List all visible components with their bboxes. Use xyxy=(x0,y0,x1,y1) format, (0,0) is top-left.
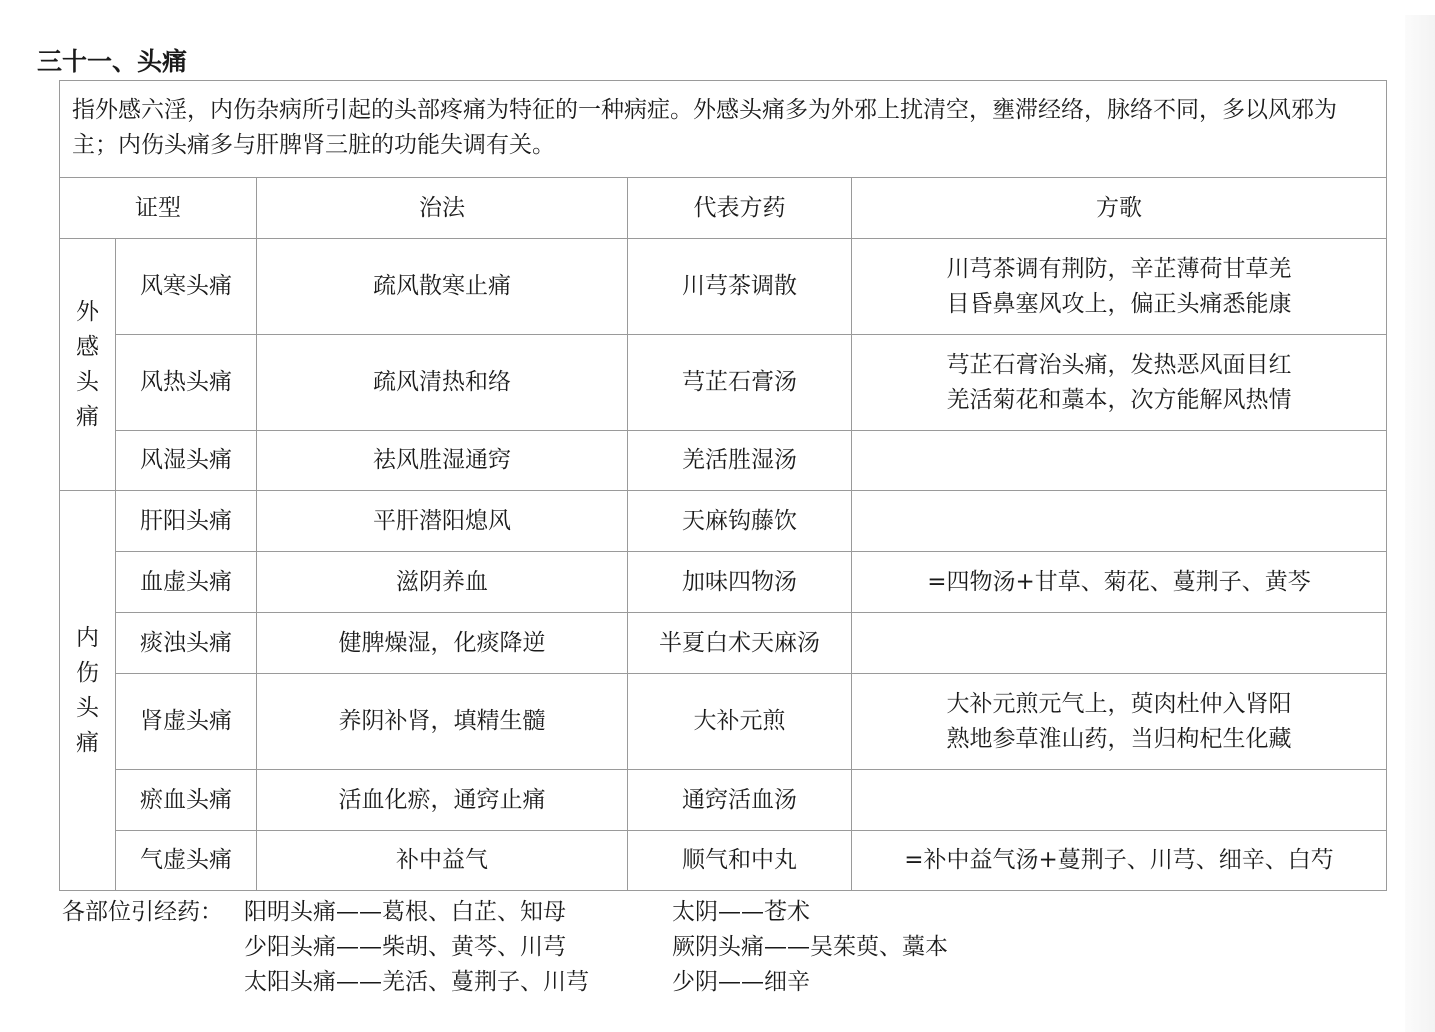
intro-row: 指外感六淫，内伤杂病所引起的头部疼痛为特征的一种病症。外感头痛多为外邪上扰清空，… xyxy=(60,81,1387,178)
table-row: 瘀血头痛 活血化瘀，通窍止痛 通窍活血汤 xyxy=(60,770,1387,831)
formula-song: 大补元煎元气上，萸肉杜仲入肾阳 熟地参草淮山药，当归枸杞生化藏 xyxy=(852,674,1387,770)
formula: 羌活胜湿汤 xyxy=(628,431,852,491)
group-name: 外感头痛 xyxy=(75,295,101,435)
formula: 半夏白术天麻汤 xyxy=(628,613,852,674)
song-line: 熟地参草淮山药，当归枸杞生化藏 xyxy=(852,722,1386,757)
formula-song: 芎芷石膏治头痛，发热恶风面目红 羌活菊花和藁本，次方能解风热情 xyxy=(852,335,1387,431)
treatment-method: 疏风散寒止痛 xyxy=(257,239,628,335)
footnote-label: 各部位引经药： xyxy=(62,895,223,930)
formula-song: =补中益气汤+蔓荆子、川芎、细辛、白芍 xyxy=(852,831,1387,891)
syndrome-type: 瘀血头痛 xyxy=(116,770,257,831)
syndrome-type: 肾虚头痛 xyxy=(116,674,257,770)
formula-song: 川芎茶调有荆防，辛芷薄荷甘草羌 目昏鼻塞风攻上，偏正头痛悉能康 xyxy=(852,239,1387,335)
formula: 顺气和中丸 xyxy=(628,831,852,891)
syndrome-type: 风湿头痛 xyxy=(116,431,257,491)
formula: 加味四物汤 xyxy=(628,552,852,613)
table-row: 气虚头痛 补中益气 顺气和中丸 =补中益气汤+蔓荆子、川芎、细辛、白芍 xyxy=(60,831,1387,891)
treatment-method: 平肝潜阳熄风 xyxy=(257,491,628,552)
formula-song xyxy=(852,491,1387,552)
header-row: 证型 治法 代表方药 方歌 xyxy=(60,178,1387,239)
treatment-method: 健脾燥湿，化痰降逆 xyxy=(257,613,628,674)
headache-syndrome-table: 指外感六淫，内伤杂病所引起的头部疼痛为特征的一种病症。外感头痛多为外邪上扰清空，… xyxy=(59,80,1387,891)
formula-song: =四物汤+甘草、菊花、蔓荆子、黄芩 xyxy=(852,552,1387,613)
group-name: 内伤头痛 xyxy=(75,621,101,761)
formula-song xyxy=(852,431,1387,491)
formula: 天麻钩藤饮 xyxy=(628,491,852,552)
section-title: 三十一、头痛 xyxy=(37,44,187,80)
treatment-method: 活血化瘀，通窍止痛 xyxy=(257,770,628,831)
group-label-external: 外感头痛 xyxy=(60,239,116,491)
song-line: 羌活菊花和藁本，次方能解风热情 xyxy=(852,383,1386,418)
footnote-line: 少阴——细辛 xyxy=(672,965,948,1000)
table-row: 内伤头痛 肝阳头痛 平肝潜阳熄风 天麻钩藤饮 xyxy=(60,491,1387,552)
formula: 芎芷石膏汤 xyxy=(628,335,852,431)
intro-text: 指外感六淫，内伤杂病所引起的头部疼痛为特征的一种病症。外感头痛多为外邪上扰清空，… xyxy=(60,81,1387,178)
song-line: 目昏鼻塞风攻上，偏正头痛悉能康 xyxy=(852,287,1386,322)
header-type: 证型 xyxy=(60,178,257,239)
footnote-line: 厥阴头痛——吴茱萸、藁本 xyxy=(672,930,948,965)
treatment-method: 祛风胜湿通窍 xyxy=(257,431,628,491)
formula-song xyxy=(852,770,1387,831)
syndrome-type: 风热头痛 xyxy=(116,335,257,431)
table-row: 血虚头痛 滋阴养血 加味四物汤 =四物汤+甘草、菊花、蔓荆子、黄芩 xyxy=(60,552,1387,613)
table-row: 肾虚头痛 养阴补肾，填精生髓 大补元煎 大补元煎元气上，萸肉杜仲入肾阳 熟地参草… xyxy=(60,674,1387,770)
syndrome-type: 风寒头痛 xyxy=(116,239,257,335)
group-label-internal: 内伤头痛 xyxy=(60,491,116,891)
table-row: 痰浊头痛 健脾燥湿，化痰降逆 半夏白术天麻汤 xyxy=(60,613,1387,674)
formula-song xyxy=(852,613,1387,674)
syndrome-type: 痰浊头痛 xyxy=(116,613,257,674)
header-method: 治法 xyxy=(257,178,628,239)
header-formula: 代表方药 xyxy=(628,178,852,239)
syndrome-type: 气虚头痛 xyxy=(116,831,257,891)
header-song: 方歌 xyxy=(852,178,1387,239)
treatment-method: 补中益气 xyxy=(257,831,628,891)
syndrome-type: 肝阳头痛 xyxy=(116,491,257,552)
footnote-column-2: 太阴——苍术 厥阴头痛——吴茱萸、藁本 少阴——细辛 xyxy=(672,895,948,1000)
footnote-line: 少阳头痛——柴胡、黄芩、川芎 xyxy=(244,930,589,965)
treatment-method: 疏风清热和络 xyxy=(257,335,628,431)
footnote-line: 阳明头痛——葛根、白芷、知母 xyxy=(244,895,589,930)
syndrome-type: 血虚头痛 xyxy=(116,552,257,613)
treatment-method: 滋阴养血 xyxy=(257,552,628,613)
table-row: 风热头痛 疏风清热和络 芎芷石膏汤 芎芷石膏治头痛，发热恶风面目红 羌活菊花和藁… xyxy=(60,335,1387,431)
table-row: 外感头痛 风寒头痛 疏风散寒止痛 川芎茶调散 川芎茶调有荆防，辛芷薄荷甘草羌 目… xyxy=(60,239,1387,335)
footnote-line: 太阴——苍术 xyxy=(672,895,948,930)
formula: 通窍活血汤 xyxy=(628,770,852,831)
footnote-column-1: 阳明头痛——葛根、白芷、知母 少阳头痛——柴胡、黄芩、川芎 太阳头痛——羌活、蔓… xyxy=(244,895,589,1000)
page-edge-shade xyxy=(1405,15,1435,1032)
table-row: 风湿头痛 祛风胜湿通窍 羌活胜湿汤 xyxy=(60,431,1387,491)
song-line: 川芎茶调有荆防，辛芷薄荷甘草羌 xyxy=(852,252,1386,287)
song-line: 芎芷石膏治头痛，发热恶风面目红 xyxy=(852,348,1386,383)
treatment-method: 养阴补肾，填精生髓 xyxy=(257,674,628,770)
song-line: 大补元煎元气上，萸肉杜仲入肾阳 xyxy=(852,687,1386,722)
formula: 大补元煎 xyxy=(628,674,852,770)
formula: 川芎茶调散 xyxy=(628,239,852,335)
footnote-line: 太阳头痛——羌活、蔓荆子、川芎 xyxy=(244,965,589,1000)
